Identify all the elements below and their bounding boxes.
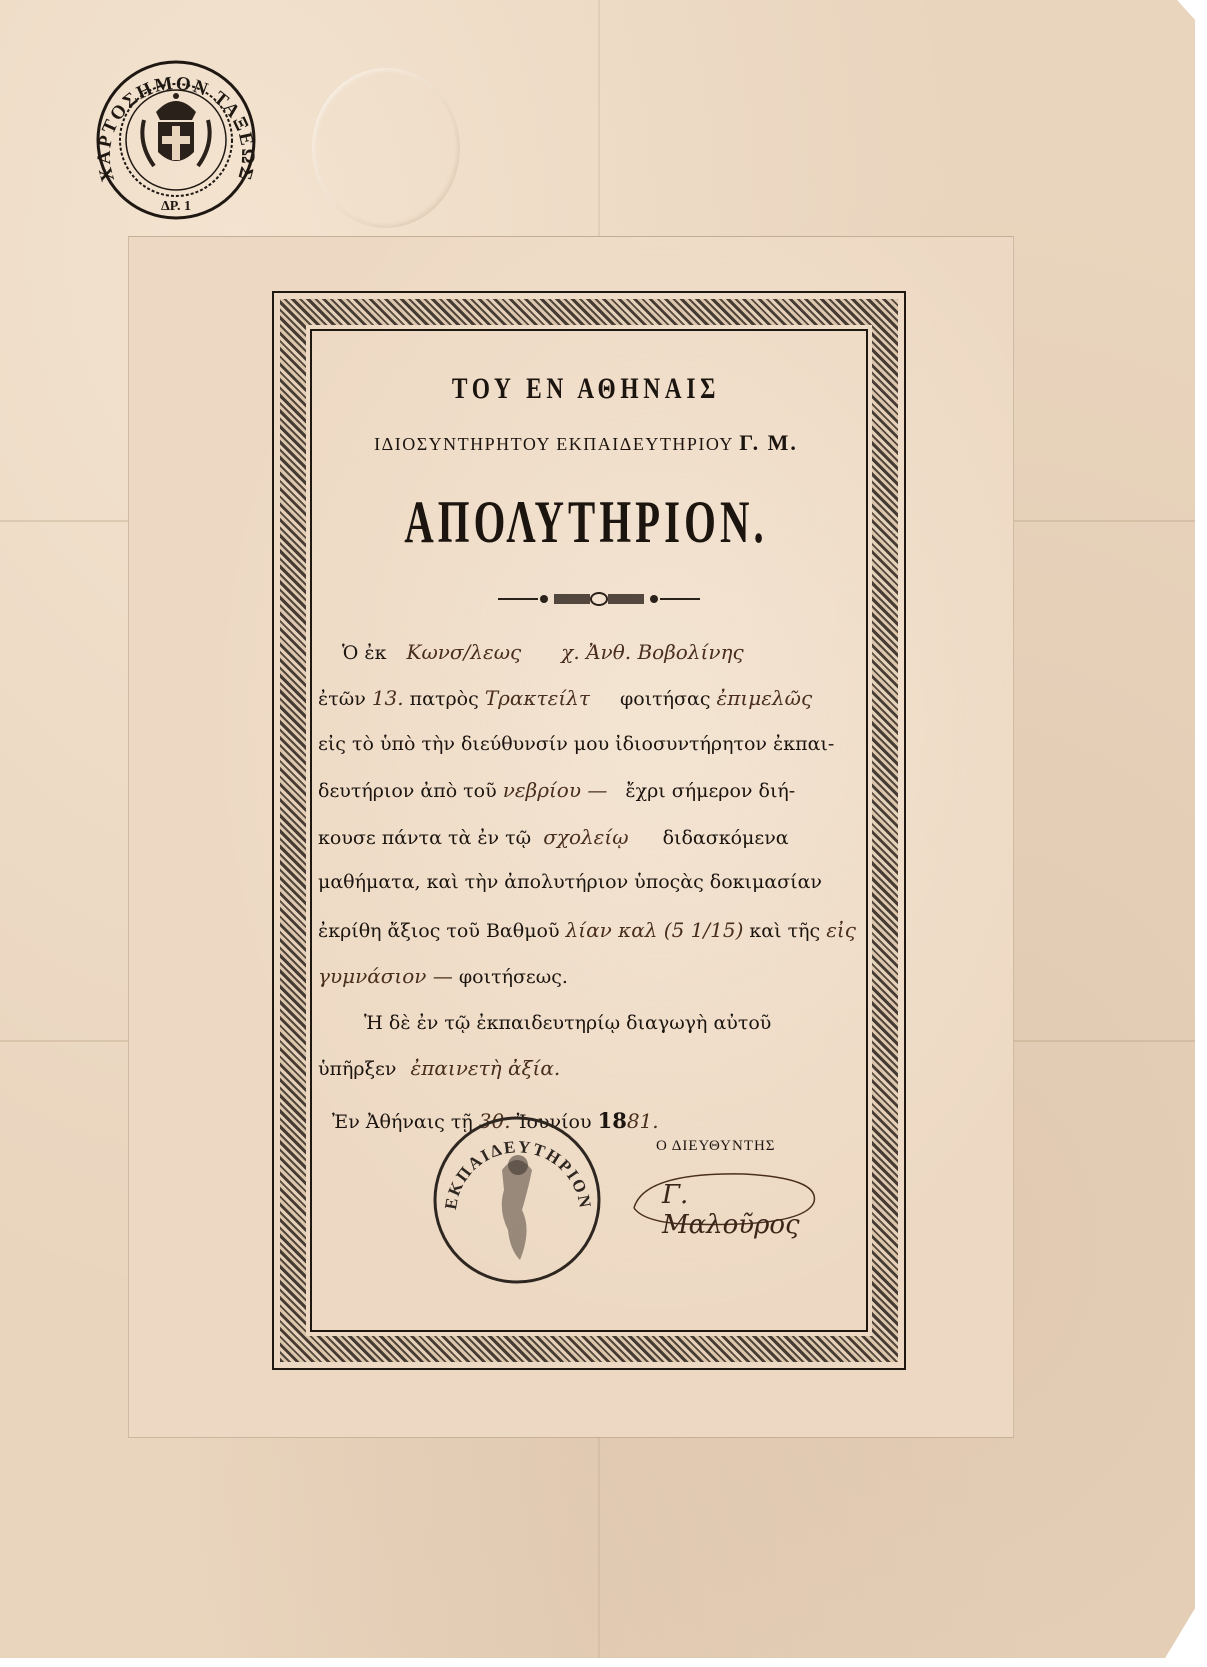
- body-line-4: δευτήριον ἀπὸ τοῦ νεβρίου — ἔχρι σήμερον…: [318, 780, 795, 801]
- crowned-shield-icon: ΧΑΡΤΟΣΗΜΟΝ ΤΑΞΕΩΣ ΔΡ. 1: [92, 60, 260, 222]
- school-initials: Γ. Μ.: [739, 430, 798, 455]
- ornament-divider-icon: [498, 592, 700, 606]
- body-line-5: κουσε πάντα τὰ ἐν τῷ σχολείῳ διδασκόμενα: [318, 827, 789, 848]
- embossed-seal: [312, 68, 460, 228]
- body-line-6: μαθήματα, καὶ τὴν ἀπολυτήριον ὑποςὰς δοκ…: [318, 873, 822, 892]
- school-name: ΙΔΙΟΣΥΝΤΗΡΗΤΟΥ ΕΚΠΑΙΔΕΥΤΗΡΙΟΥ: [374, 434, 733, 454]
- body-line-10: ὑπῆρξεν ἐπαινετὴ ἀξία.: [318, 1058, 560, 1079]
- header-line-2: ΙΔΙΟΣΥΝΤΗΡΗΤΟΥ ΕΚΠΑΙΔΕΥΤΗΡΙΟΥ Γ. Μ.: [306, 430, 866, 456]
- document-sheet: ΧΑΡΤΟΣΗΜΟΝ ΤΑΞΕΩΣ ΔΡ. 1 ΤΟΥ ΕΝ ΑΘΗΝΑΙΣ Ι…: [0, 0, 1195, 1658]
- body-line-9: Ἡ δὲ ἐν τῷ ἐκπαιδευτηρίῳ διαγωγὴ αὐτοῦ: [364, 1014, 771, 1033]
- body-line-7: ἐκρίθη ἄξιος τοῦ Βαθμοῦ λίαν καλ (5 1/15…: [318, 920, 856, 941]
- body-line-3: εἰς τὸ ὑπὸ τὴν διεύθυνσίν μου ἰδιοσυντήρ…: [318, 735, 834, 754]
- signatory-title: Ο ΔΙΕΥΘΥΝΤΗΣ: [656, 1138, 776, 1155]
- header-line-1: ΤΟΥ ΕΝ ΑΘΗΝΑΙΣ: [368, 372, 805, 406]
- tax-stamp: ΧΑΡΤΟΣΗΜΟΝ ΤΑΞΕΩΣ ΔΡ. 1: [92, 60, 260, 222]
- signature: Γ. Μαλοῦρος: [624, 1168, 824, 1232]
- body-line-1: Ὁ ἐκ Κωνσ/λεως χ. Ἀνθ. Βοβολίνης: [342, 642, 744, 663]
- body-line-8: γυμνάσιον — φοιτήσεως.: [318, 966, 568, 987]
- school-seal-icon: ΕΚΠΑΙΔΕΥΤΗΡΙΟΝ: [432, 1110, 602, 1288]
- body-line-2: ἐτῶν 13. πατρὸς Τρακτείλτ φοιτήσας ἐπιμε…: [318, 688, 812, 709]
- svg-text:ΔΡ. 1: ΔΡ. 1: [161, 199, 191, 214]
- certificate-title: ΑΠΟΛΥΤΗΡΙΟΝ.: [396, 488, 777, 557]
